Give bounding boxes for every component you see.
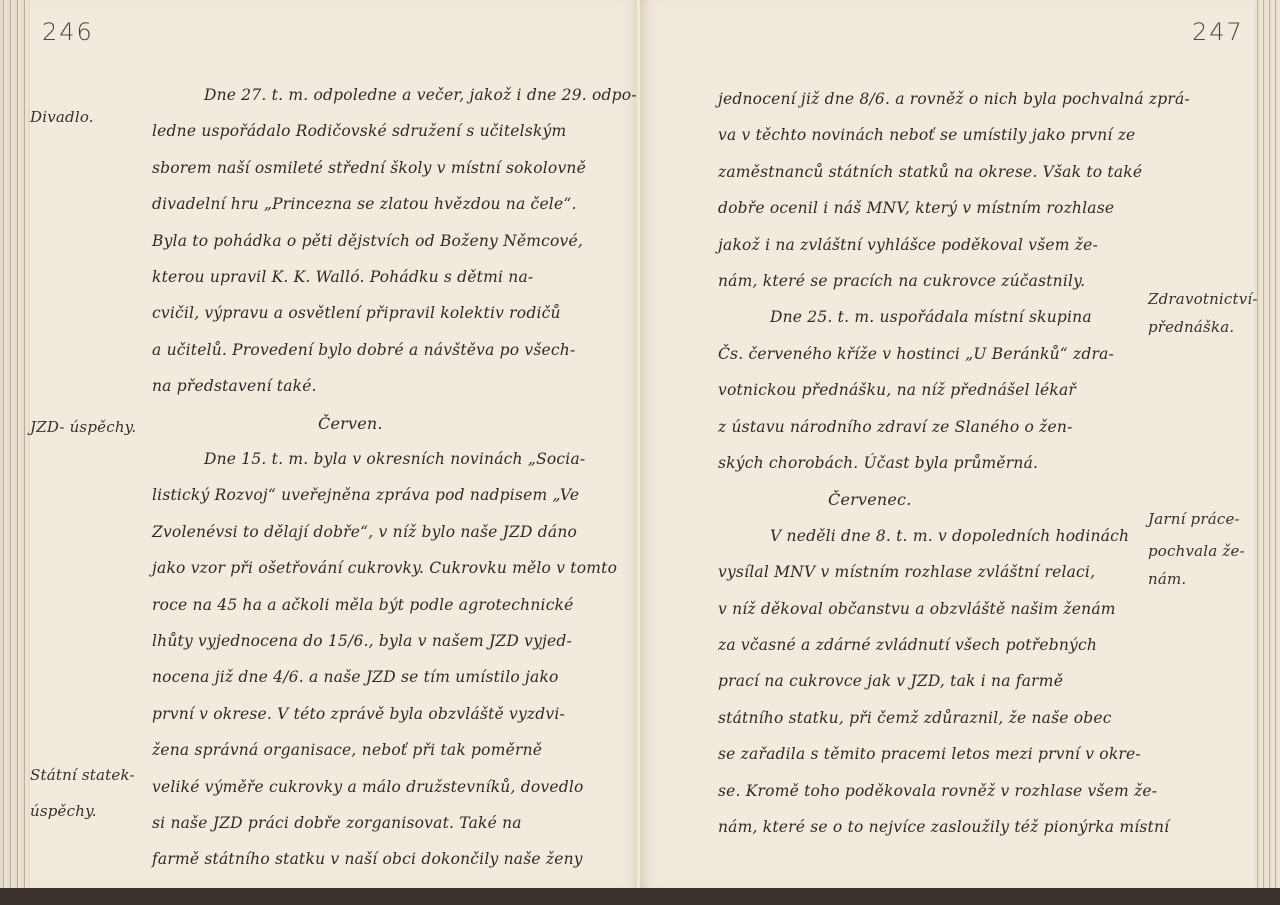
page-number: 246: [42, 18, 94, 46]
text-line: se. Kromě toho poděkovala rovněž v rozhl…: [718, 782, 1157, 800]
left-page: 246 Divadlo.JZD- úspěchy.Státní statek-ú…: [30, 0, 640, 888]
text-line: va v těchto novinách neboť se umístily j…: [718, 126, 1135, 144]
text-line: zaměstnanců státních statků na okrese. V…: [718, 163, 1142, 181]
text-line: V neděli dne 8. t. m. v dopoledních hodi…: [770, 527, 1129, 545]
text-line: si naše JZD práci dobře zorganisovat. Ta…: [152, 814, 522, 832]
text-line: Dne 27. t. m. odpoledne a večer, jakož i…: [204, 86, 637, 104]
text-line: sborem naší osmileté střední školy v mís…: [152, 159, 586, 177]
text-line: Čs. červeného kříže v hostinci „U Beránk…: [718, 345, 1114, 363]
text-line: se zařadila s těmito pracemi letos mezi …: [718, 745, 1141, 763]
margin-note: pochvala že-: [1148, 542, 1245, 560]
text-line: Dne 15. t. m. byla v okresních novinách …: [204, 450, 585, 468]
text-line: jakož i na zvláštní vyhlášce poděkoval v…: [718, 236, 1098, 254]
text-line: z ústavu národního zdraví ze Slaného o ž…: [718, 418, 1073, 436]
text-line: cvičil, výpravu a osvětlení připravil ko…: [152, 304, 561, 322]
text-line: farmě státního statku v naší obci dokonč…: [152, 850, 583, 868]
text-line: votnickou přednášku, na níž přednášel lé…: [718, 381, 1076, 399]
text-line: nocena již dne 4/6. a naše JZD se tím um…: [152, 668, 559, 686]
margin-note: Jarní práce-: [1148, 510, 1240, 528]
section-heading: Červenec.: [828, 490, 912, 509]
page-stack-right-edge: [1254, 0, 1280, 888]
section-heading: Červen.: [318, 414, 383, 433]
text-line: vysílal MNV v místním rozhlase zvláštní …: [718, 563, 1095, 581]
text-line: na představení také.: [152, 377, 317, 395]
text-line: listický Rozvoj“ uveřejněna zpráva pod n…: [152, 486, 579, 504]
page-stack-left-edge: [0, 0, 30, 888]
text-line: kterou upravil K. K. Walló. Pohádku s dě…: [152, 268, 533, 286]
text-line: veliké výměře cukrovky a málo družstevní…: [152, 778, 584, 796]
text-line: jednocení již dne 8/6. a rovněž o nich b…: [718, 90, 1190, 108]
margin-note: Divadlo.: [30, 108, 94, 126]
margin-note: nám.: [1148, 570, 1186, 588]
text-line: dobře ocenil i náš MNV, který v místním …: [718, 199, 1114, 217]
text-line: divadelní hru „Princezna se zlatou hvězd…: [152, 195, 577, 213]
text-line: Byla to pohádka o pěti dějstvích od Bože…: [152, 232, 583, 250]
margin-note: úspěchy.: [30, 802, 97, 820]
open-book: 246 Divadlo.JZD- úspěchy.Státní statek-ú…: [0, 0, 1280, 888]
text-line: ledne uspořádalo Rodičovské sdružení s u…: [152, 122, 566, 140]
text-line: nám, které se o to nejvíce zasloužily té…: [718, 818, 1169, 836]
text-line: lhůty vyjednocena do 15/6., byla v našem…: [152, 632, 572, 650]
right-page: 247 Zdravotnictví-přednáška.Jarní práce-…: [640, 0, 1254, 888]
text-line: roce na 45 ha a ačkoli měla být podle ag…: [152, 596, 574, 614]
text-line: a učitelů. Provedení bylo dobré a návště…: [152, 341, 575, 359]
margin-note: JZD- úspěchy.: [30, 418, 136, 436]
text-line: ských chorobách. Účast byla průměrná.: [718, 454, 1038, 472]
text-line: prací na cukrovce jak v JZD, tak i na fa…: [718, 672, 1063, 690]
margin-note: Státní statek-: [30, 766, 135, 784]
text-line: nám, které se pracích na cukrovce zúčast…: [718, 272, 1085, 290]
text-line: v níž děkoval občanstvu a obzvláště naši…: [718, 600, 1116, 618]
text-line: Zvolenévsi to dělají dobře“, v níž bylo …: [152, 523, 577, 541]
text-line: státního statku, při čemž zdůraznil, že …: [718, 709, 1112, 727]
text-line: Dne 25. t. m. uspořádala místní skupina: [770, 308, 1092, 326]
text-line: jako vzor při ošetřování cukrovky. Cukro…: [152, 559, 617, 577]
page-number: 247: [1192, 18, 1244, 46]
margin-note: přednáška.: [1148, 318, 1234, 336]
text-line: za včasné a zdárné zvládnutí všech potře…: [718, 636, 1097, 654]
text-line: první v okrese. V této zprávě byla obzvl…: [152, 705, 565, 723]
margin-note: Zdravotnictví-: [1148, 290, 1258, 308]
text-line: žena správná organisace, neboť při tak p…: [152, 741, 542, 759]
